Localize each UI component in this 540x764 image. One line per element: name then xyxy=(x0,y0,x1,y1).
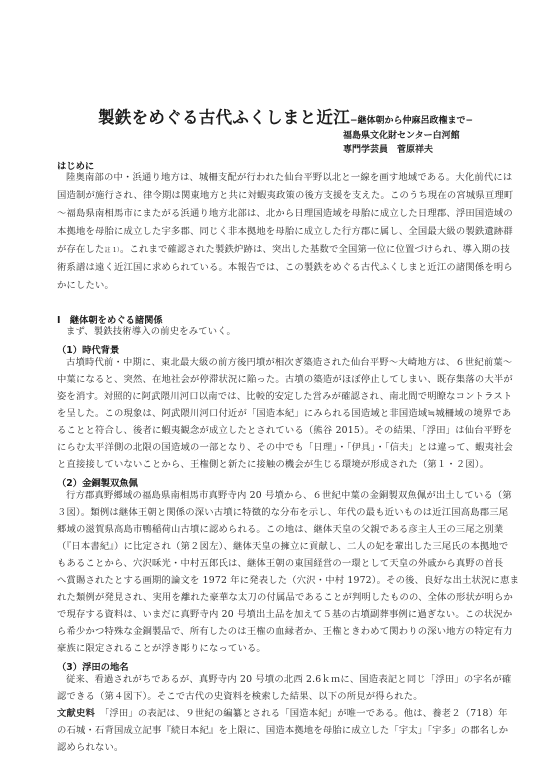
intro-heading: はじめに xyxy=(57,158,94,172)
body-line: と直接接していないことから、王権側と新たに接触の機会が生じる環境が形成された（第… xyxy=(57,459,485,471)
footnote-marker: 註 1） xyxy=(105,247,121,254)
body-line: もあることから、穴沢咊光・中村五郎氏は、継体王朝の東国経営の一環として天皇の外戚… xyxy=(57,558,485,570)
body-line: 豪族に限定されることが浮き彫りになっている。 xyxy=(57,643,485,655)
body-line: ることと符合し、後者に蝦夷観念が成立したとされている（熊谷 2015）。その結果… xyxy=(57,425,485,437)
intro-line: 本拠地を母胎に成立した宇多郡、同じく非本拠地を母胎に成立した行方郡に属し、全国最… xyxy=(57,226,485,238)
intro-line: 国造制が施行され、律令期は関東地方と共に対蝦夷政策の後方支援を支えた。このうち現… xyxy=(57,190,485,202)
body-line: へ賞賜されたとする画期的論文を 1972 年に発表した（穴沢・中村 1972）。… xyxy=(57,575,485,587)
intro-text: が存在した xyxy=(57,244,105,255)
body-line: 認められない。 xyxy=(57,742,485,754)
body-line: 古墳時代前・中期に、東北最大級の前方後円墳が相次ぎ築造された仙台平野〜大崎地方は… xyxy=(57,357,485,369)
body-line: 従来、看過されがちであるが、真野寺内 20 号墳の北西 2.6ｋｍに、国造表記と… xyxy=(57,674,485,686)
title-subtitle: −継体朝から仲麻呂政権まで− xyxy=(350,116,473,126)
title-main: 製鉄をめぐる古代ふくしまと近江 xyxy=(98,108,350,127)
section-lead: まず、製鉄技術導入の前史をみていく。 xyxy=(57,326,485,338)
body-line: 中葉になると、突然、在地社会が停滞状況に陥った。古墳の築造がほぼ停止してしまい、… xyxy=(57,374,485,386)
author: 専門学芸員 菅原祥夫 xyxy=(343,142,433,155)
source-text: 「浮田」の表記は、９世紀の編纂とされる「国造本紀」が唯一である。他は、養老２（7… xyxy=(105,708,508,719)
body-line: 郷域の滋賀県高島市鴨稲荷山古墳に認められる。この地は、継体天皇の父親である彦主人… xyxy=(57,524,485,536)
intro-line: かにしたい。 xyxy=(57,280,485,292)
body-line: 認できる（第４図下）。そこで古代の史資料を検索した結果、以下の所見が得られた。 xyxy=(57,691,485,703)
body-line: （『日本書紀』）に比定され（第２図左）、継体天皇の擁立に貢献し、二人の妃を輩出し… xyxy=(57,541,485,553)
paper-title: 製鉄をめぐる古代ふくしまと近江−継体朝から仲麻呂政権まで− xyxy=(98,104,473,128)
body-line: にらむ太平洋側の北限の国造域の一部となり、その中でも「日理」・「伊具」・「信夫」… xyxy=(57,442,485,454)
body-line: ３図）。類例は継体王朝と関係の深い古墳に特徴的な分布を示し、年代の最も近いものは… xyxy=(57,507,485,519)
source-label: 文献史料 xyxy=(57,708,95,719)
subsection-heading: （1）時代背景 xyxy=(57,342,119,356)
body-line: 行方郡真野郷域の福島県南相馬市真野寺内 20 号墳から、６世紀中葉の金銅製双魚佩… xyxy=(57,490,485,502)
intro-line: 〜福島県南相馬市にまたがる浜通り地方北部は、北から日理国造域を母胎に成立した日理… xyxy=(57,208,485,220)
intro-text: 。これまで確認された製鉄炉跡は、突出した基数で全国第一位に位置づけられ、導入期の… xyxy=(120,244,510,255)
intro-line: 陸奥南部の中・浜通り地方は、城柵支配が行われた仙台平野以北と一線を画す地域である… xyxy=(57,172,485,184)
document-page: 製鉄をめぐる古代ふくしまと近江−継体朝から仲麻呂政権まで− 福島県文化財センター… xyxy=(0,0,540,764)
source-item: 文献史料 「浮田」の表記は、９世紀の編纂とされる「国造本紀」が唯一である。他は、… xyxy=(57,708,485,720)
intro-line: 術系譜は遠く近江国に求められている。本報告では、この製鉄をめぐる古代ふくしまと近… xyxy=(57,262,485,274)
body-line: ら希少かつ特殊な金銅製品で、所有したのは王権の血縁者か、王権ときわめて関わりの深… xyxy=(57,626,485,638)
body-line: の石城・石背国成立記事『続日本紀』を上限に、国造本拠地を母胎に成立した「宇太」「… xyxy=(57,725,485,737)
body-line: で現存する資料は、いまだに真野寺内 20 号墳出土品を加えて５基の古墳副葬事例に… xyxy=(57,609,485,621)
section-heading: Ⅰ 継体朝をめぐる諸関係 xyxy=(57,312,163,326)
body-line: れた類例が発見され、実用を離れた豪華な太刀の付属品であることが判明したものの、全… xyxy=(57,592,485,604)
body-line: を呈した。この現象は、阿武隈川河口付近が「国造本紀」にみられる国造域と非国造域≒… xyxy=(57,408,485,420)
subsection-heading: （2）金銅製双魚佩 xyxy=(57,475,138,489)
subsection-heading: （3）浮田の地名 xyxy=(57,659,129,673)
affiliation: 福島県文化財センター白河館 xyxy=(343,128,460,141)
intro-line-with-note: が存在した註 1）。これまで確認された製鉄炉跡は、突出した基数で全国第一位に位置… xyxy=(57,244,485,257)
body-line: 姿を消す。対照的に阿武隈川河口以南では、比較的安定した営みが確認され、南北間で明… xyxy=(57,391,485,403)
